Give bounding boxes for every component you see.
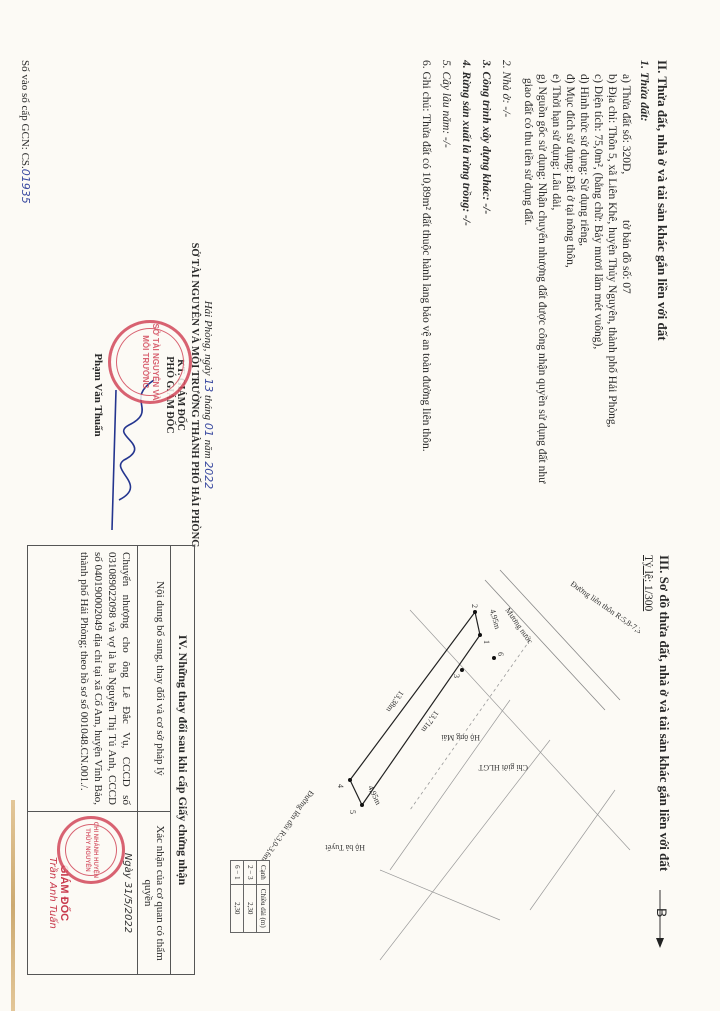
length-cell: 2,30 <box>244 884 257 932</box>
usage-purpose-line: đ) Mục đích sử dụng: Đất ở tại nông thôn… <box>563 74 577 540</box>
confirmation-cell: Ngày 31/5/2022 CHI NHÁNH HUYỆN THỦY NGUY… <box>28 811 138 974</box>
forest-line: 4. Rừng sản xuất là rừng trồng: -/- <box>459 60 473 540</box>
ditch-label: Mương nước <box>503 606 535 646</box>
month-label: tháng <box>202 395 214 420</box>
perennial-line: 5. Cây lâu năm: -/- <box>439 60 453 540</box>
land-subtitle: 1. Thửa đất: <box>637 60 652 540</box>
north-label: B <box>654 908 670 917</box>
point-2: 2 <box>470 604 479 608</box>
usage-form-line: d) Hình thức sử dụng: Sử dụng riêng, <box>577 74 591 540</box>
road-main-label: Đường liên thôn R:5,8-7,3m <box>569 579 640 639</box>
other-works-line: 3. Công trình xây dựng khác: -/- <box>479 60 493 540</box>
table-row: 6 − 1 2,30 <box>231 861 244 933</box>
page-edge <box>11 800 15 1011</box>
point-5: 5 <box>348 810 357 814</box>
section-iv-title: IV. Những thay đổi sau khi cấp Giấy chứn… <box>171 546 195 975</box>
point-4: 4 <box>336 784 345 788</box>
land-parcel-line: a) Thửa đất số: 320D, tờ bản đồ số: 07 <box>619 74 633 540</box>
parcel-number: a) Thửa đất số: 320D, <box>620 74 632 174</box>
edge-left-length: 4,95m <box>488 608 502 631</box>
address-line: b) Địa chỉ: Thôn 5, xã Liên Khê, huyện T… <box>605 74 619 540</box>
issue-date: Hải Phòng, ngày 13 tháng 01 năm 2022 <box>202 230 215 560</box>
point-1: 1 <box>482 640 491 644</box>
registry-prefix: CS. <box>19 153 31 169</box>
section-iv-col1-header: Nội dung bổ sung, thay đổi và cơ sở pháp… <box>138 546 171 812</box>
signature-block: Hải Phòng, ngày 13 tháng 01 năm 2022 SỞ … <box>92 230 215 560</box>
issue-day: 13 <box>202 378 215 392</box>
edge-cell: 6 − 1 <box>231 861 244 885</box>
neighbor-mai-label: Hộ ông Mái <box>441 733 480 742</box>
area-line: c) Diện tích: 75,0m², (bằng chữ: Bảy mươ… <box>591 74 605 540</box>
section-iv-table: IV. Những thay đổi sau khi cấp Giấy chứn… <box>27 545 195 975</box>
edge-table-header-length: Chiều dài (m) <box>257 884 270 932</box>
length-cell: 2,30 <box>231 884 244 932</box>
issuing-org: SỞ TÀI NGUYÊN VÀ MÔI TRƯỜNG THÀNH PHỐ HẢ… <box>189 230 200 560</box>
change-content: Chuyển nhượng cho ông Lê Đắc Vụ, CCCD số… <box>28 546 138 812</box>
confirm-name: Trần Anh Tuấn <box>47 818 58 968</box>
signer-name: Phạm Văn Thuấn <box>92 230 104 560</box>
signature-area: SỞ TÀI NGUYÊN VÀ MÔI TRƯỜNG <box>104 230 164 560</box>
year-label: năm <box>202 440 214 459</box>
origin-line: g) Nguồn gốc sử dụng: Nhận chuyển nhượng… <box>535 74 549 540</box>
edge-cell: 2 − 3 <box>244 861 257 885</box>
usage-term-line: e) Thời hạn sử dụng: Lâu dài, <box>549 74 563 540</box>
section-iv-col2-header: Xác nhận của cơ quan có thẩm quyền <box>138 811 171 974</box>
edge-bottom-length: 13,38m <box>384 689 406 715</box>
map-sheet-number: tờ bản đồ số: 07 <box>620 220 632 294</box>
neighbor-tuyet-label: Hộ bà Tuyết <box>325 843 365 852</box>
registry-number: Số vào sổ cấp GCN: CS.01935 <box>19 60 32 204</box>
section-ii-title: II. Thửa đất, nhà ở và tài sản khác gắn … <box>654 60 670 540</box>
road-hill-label: Đường lên đồi R:3,0-3,6m <box>259 789 315 864</box>
registry-label: Số vào sổ cấp GCN: <box>19 60 31 150</box>
branch-stamp: CHI NHÁNH HUYỆN THỦY NGUYÊN <box>57 816 125 884</box>
on-behalf-label: KT. GIÁM ĐỐC <box>175 230 186 560</box>
origin-line-2: giao đất có thu tiền sử dụng đất. <box>521 74 535 540</box>
edge-top-length: 13,71m <box>419 709 441 735</box>
note-line: 6. Ghi chú: Thửa đất có 10,89m² đất thuộ… <box>419 60 433 540</box>
issue-year: 2022 <box>202 461 215 489</box>
edge-length-table: Cạnh Chiều dài (m) 2 − 3 2,30 6 − 1 2,30 <box>230 860 270 933</box>
registry-value: 01935 <box>19 169 32 204</box>
issuer-stamp: SỞ TÀI NGUYÊN VÀ MÔI TRƯỜNG <box>108 320 192 404</box>
north-arrow: B <box>640 880 680 950</box>
point-6: 6 <box>496 652 505 656</box>
branch-stamp-text: CHI NHÁNH HUYỆN THỦY NGUYÊN <box>83 819 99 881</box>
table-row: 2 − 3 2,30 <box>244 861 257 933</box>
issuer-stamp-text: SỞ TÀI NGUYÊN VÀ MÔI TRƯỜNG <box>140 323 160 401</box>
house-line: 2. Nhà ở: -/- <box>499 60 513 540</box>
section-ii: II. Thửa đất, nhà ở và tài sản khác gắn … <box>419 60 670 540</box>
certificate-page: II. Thửa đất, nhà ở và tài sản khác gắn … <box>0 0 720 1011</box>
edge-table-header-edge: Cạnh <box>257 861 270 885</box>
point-3: 3 <box>452 674 461 678</box>
boundary-label: Chỉ giới HLGT <box>478 763 528 772</box>
date-prefix: Hải Phòng, ngày <box>202 301 214 376</box>
issue-month: 01 <box>202 423 215 437</box>
